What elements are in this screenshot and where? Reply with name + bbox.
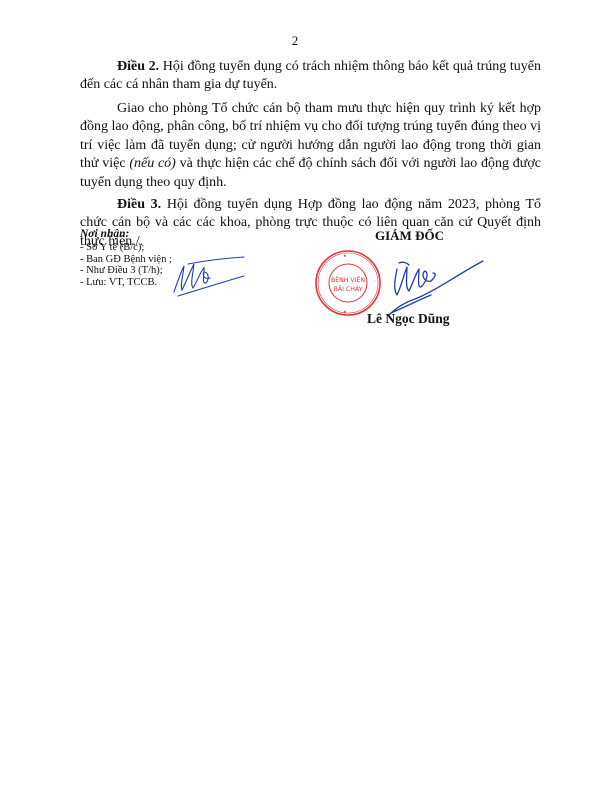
stamp-icon: BỆNH VIỆN BÃI CHÁY ★ ★ · · bbox=[313, 248, 383, 318]
recipients-block: Nơi nhận: - Sở Y tế (B/c); - Ban GĐ Bệnh… bbox=[80, 229, 172, 289]
recipients-title: Nơi nhận: bbox=[80, 229, 172, 241]
svg-text:★: ★ bbox=[343, 309, 347, 314]
stamp-line2: BÃI CHÁY bbox=[334, 284, 363, 293]
signer-title: GIÁM ĐỐC bbox=[375, 228, 444, 244]
article-2-label: Điều 2. bbox=[117, 59, 159, 74]
article-2: Điều 2. Hội đồng tuyển dụng có trách nhi… bbox=[80, 58, 541, 95]
stamp-line1: BỆNH VIỆN bbox=[331, 275, 365, 284]
initials-signature-icon bbox=[168, 256, 248, 298]
assignment-italic-note: (nếu có) bbox=[129, 156, 176, 171]
document-page: 2 Điều 2. Hội đồng tuyển dụng có trách n… bbox=[0, 0, 590, 812]
assignment-paragraph: Giao cho phòng Tổ chức cán bộ tham mưu t… bbox=[80, 100, 541, 192]
page-number: 2 bbox=[0, 33, 590, 49]
recipient-item: - Sở Y tế (B/c); bbox=[80, 242, 172, 254]
recipient-item: - Ban GĐ Bệnh viện ; bbox=[80, 254, 172, 266]
svg-text:★: ★ bbox=[343, 253, 347, 258]
director-signature-icon bbox=[385, 255, 485, 317]
article-3-label: Điều 3. bbox=[117, 197, 161, 212]
recipient-item: - Như Điều 3 (T/h); bbox=[80, 265, 172, 277]
svg-text:·: · bbox=[318, 278, 319, 283]
svg-text:·: · bbox=[375, 278, 376, 283]
recipient-item: - Lưu: VT, TCCB. bbox=[80, 277, 172, 289]
signer-name: Lê Ngọc Dũng bbox=[367, 311, 450, 327]
